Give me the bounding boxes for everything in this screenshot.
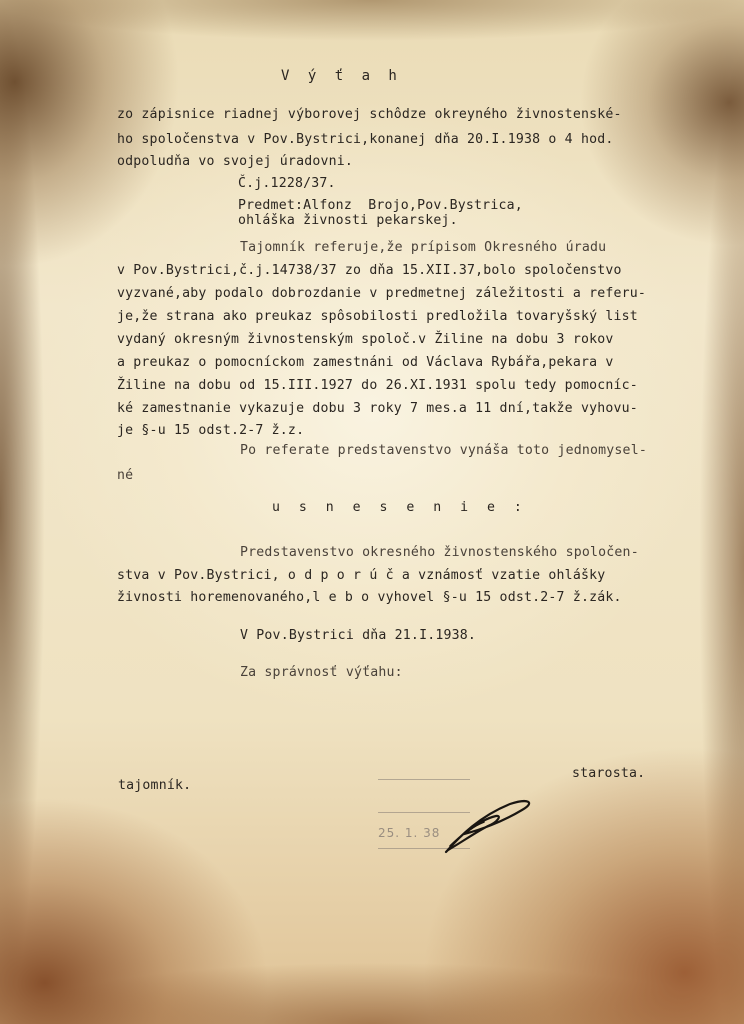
report-line: a preukaz o pomocníckom zamestnáni od Vá… [117,355,614,370]
report-line: je,že strana ako preukaz spôsobilosti pr… [117,309,638,324]
place-date: V Pov.Bystrici dňa 21.I.1938. [240,628,476,643]
date-stamp: 25. 1. 38 [378,826,440,840]
handwritten-signature-icon [440,796,540,856]
report-line: ké zamestnanie vykazuje dobu 3 roky 7 me… [117,401,638,416]
resolution-line: stva v Pov.Bystrici, o d p o r ú č a vzn… [117,568,605,583]
resolution-line: Predstavenstvo okresného živnostenského … [240,545,639,560]
signature-line [378,779,470,780]
subject-line: Predmet:Alfonz Brojo,Pov.Bystrica, [238,198,523,213]
report-line: v Pov.Bystrici,č.j.14738/37 zo dňa 15.XI… [117,263,622,278]
resolution-heading: u s n e s e n i e : [272,500,527,515]
report-line: vydaný okresným živnostenským spoloč.v Ž… [117,332,614,347]
resolution-line: živnosti horemenovaného,l e b o vyhovel … [117,590,622,605]
report-line: je §-u 15 odst.2-7 ž.z. [117,423,304,438]
document-title: V ý ť a h [281,68,402,84]
subject-line: ohláška živnosti pekarskej. [238,213,458,228]
document-page: V ý ť a h zo zápisnice riadnej výborovej… [0,0,744,1024]
signature-label-secretary: tajomník. [118,778,191,793]
report-line: vyzvané,aby podalo dobrozdanie v predmet… [117,286,646,301]
certification-label: Za správnosť výťahu: [240,665,403,680]
report-line: Tajomník referuje,že prípisom Okresného … [240,240,606,255]
reference-number: Č.j.1228/37. [238,176,336,191]
intro-line: odpoludňa vo svojej úradovni. [117,154,353,169]
report-line: Žiline na dobu od 15.III.1927 do 26.XI.1… [117,378,638,393]
decision-intro-line: Po referate predstavenstvo vynáša toto j… [240,443,647,458]
intro-line: ho spoločenstva v Pov.Bystrici,konanej d… [117,132,614,147]
decision-intro-line: né [117,468,133,483]
signature-label-chairman: starosta. [572,766,645,781]
intro-line: zo zápisnice riadnej výborovej schôdze o… [117,107,622,122]
